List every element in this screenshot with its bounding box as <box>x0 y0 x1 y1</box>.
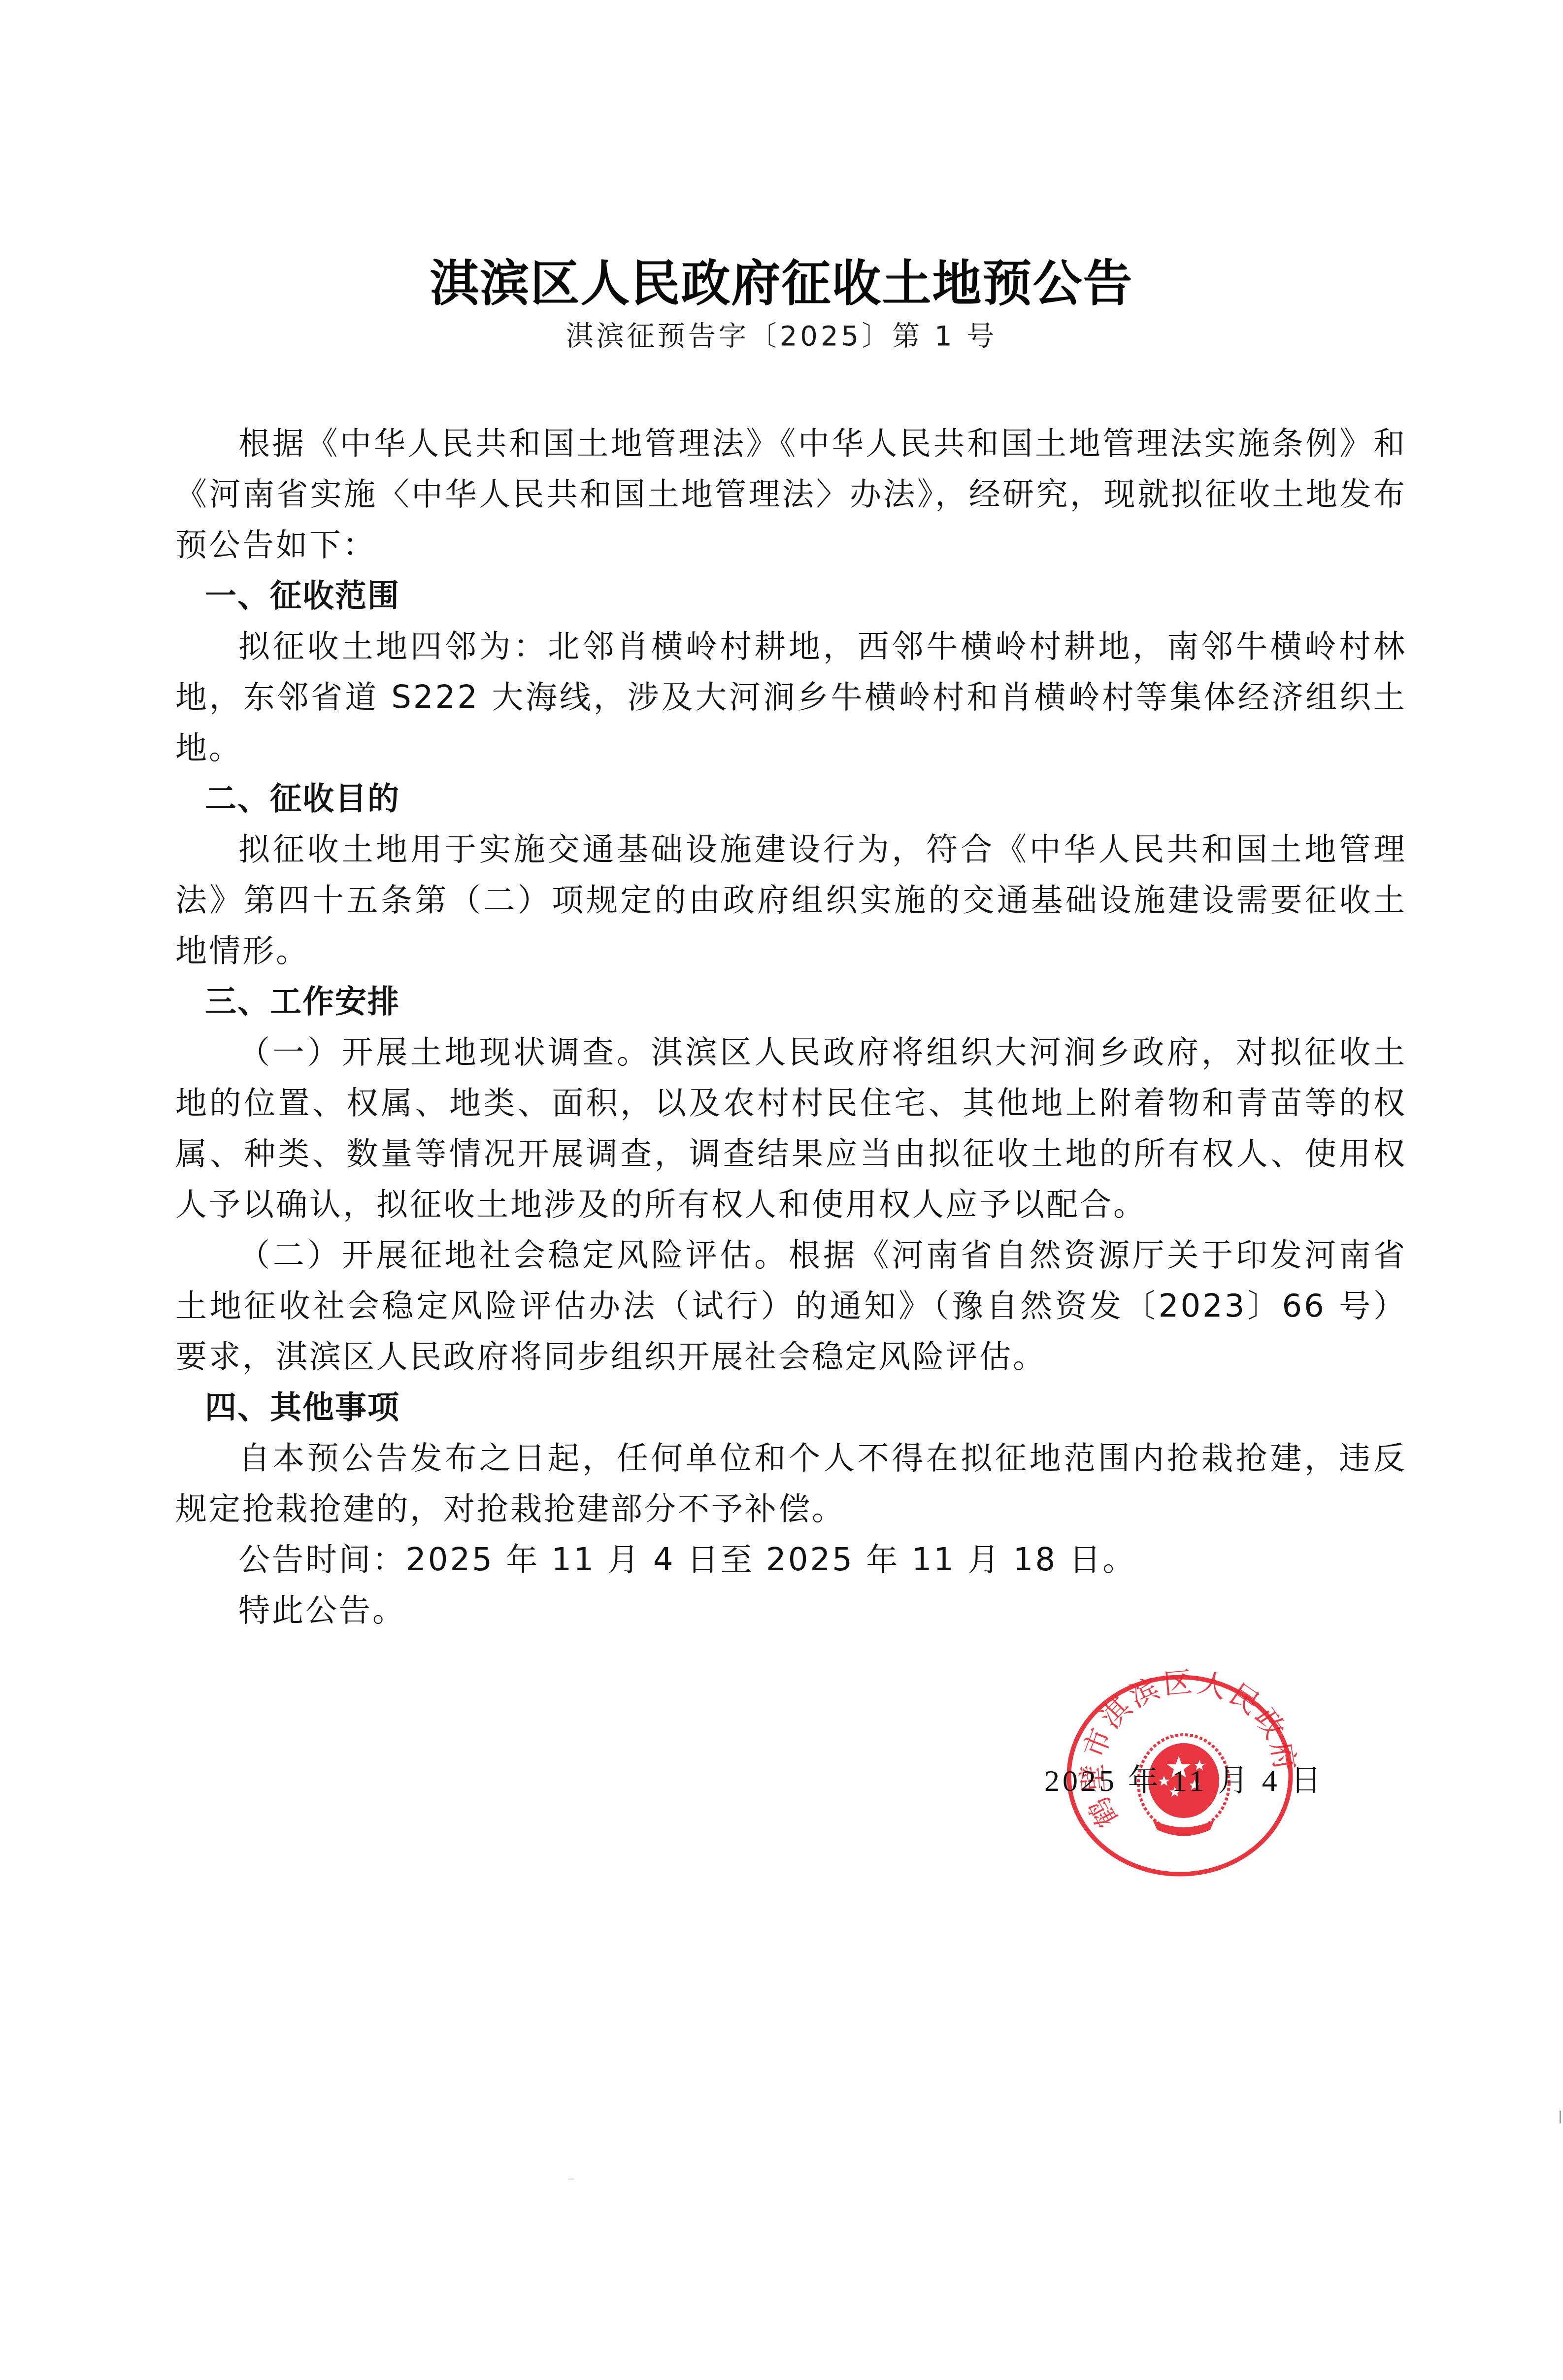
section-scope-paragraph: 拟征收土地四邻为：北邻肖横岭村耕地，西邻牛横岭村耕地，南邻牛横岭村林地，东邻省道… <box>175 622 1407 774</box>
signature-date: 2025 年 11 月 4 日 <box>1044 1756 1324 1800</box>
scan-artifact <box>568 2179 574 2180</box>
scan-artifact <box>1560 2111 1561 2123</box>
closing-statement: 特此公告。 <box>175 1586 1407 1636</box>
section-arrangements-risk-paragraph: （二）开展征地社会稳定风险评估。根据《河南省自然资源厅关于印发河南省土地征收社会… <box>175 1230 1407 1383</box>
intro-paragraph: 根据《中华人民共和国土地管理法》《中华人民共和国土地管理法实施条例》和《河南省实… <box>175 419 1407 571</box>
section-heading-purpose: 二、征收目的 <box>175 774 1407 825</box>
document-page: 淇滨区人民政府征收土地预公告 淇滨征预告字〔2025〕第 1 号 根据《中华人民… <box>0 0 1563 2380</box>
section-heading-scope: 一、征收范围 <box>175 571 1407 622</box>
section-arrangements-survey-paragraph: （一）开展土地现状调查。淇滨区人民政府将组织大河涧乡政府，对拟征收土地的位置、权… <box>175 1027 1407 1230</box>
section-other-paragraph: 自本预公告发布之日起，任何单位和个人不得在拟征地范围内抢栽抢建，违反规定抢栽抢建… <box>175 1433 1407 1535</box>
section-heading-arrangements: 三、工作安排 <box>175 977 1407 1027</box>
document-title: 淇滨区人民政府征收土地预公告 <box>0 254 1563 313</box>
document-number: 淇滨征预告字〔2025〕第 1 号 <box>0 319 1563 354</box>
section-purpose-paragraph: 拟征收土地用于实施交通基础设施建设行为，符合《中华人民共和国土地管理法》第四十五… <box>175 825 1407 977</box>
notice-period: 公告时间：2025 年 11 月 4 日至 2025 年 11 月 18 日。 <box>175 1535 1407 1586</box>
section-heading-other: 四、其他事项 <box>175 1383 1407 1433</box>
document-body: 根据《中华人民共和国土地管理法》《中华人民共和国土地管理法实施条例》和《河南省实… <box>175 419 1407 1636</box>
